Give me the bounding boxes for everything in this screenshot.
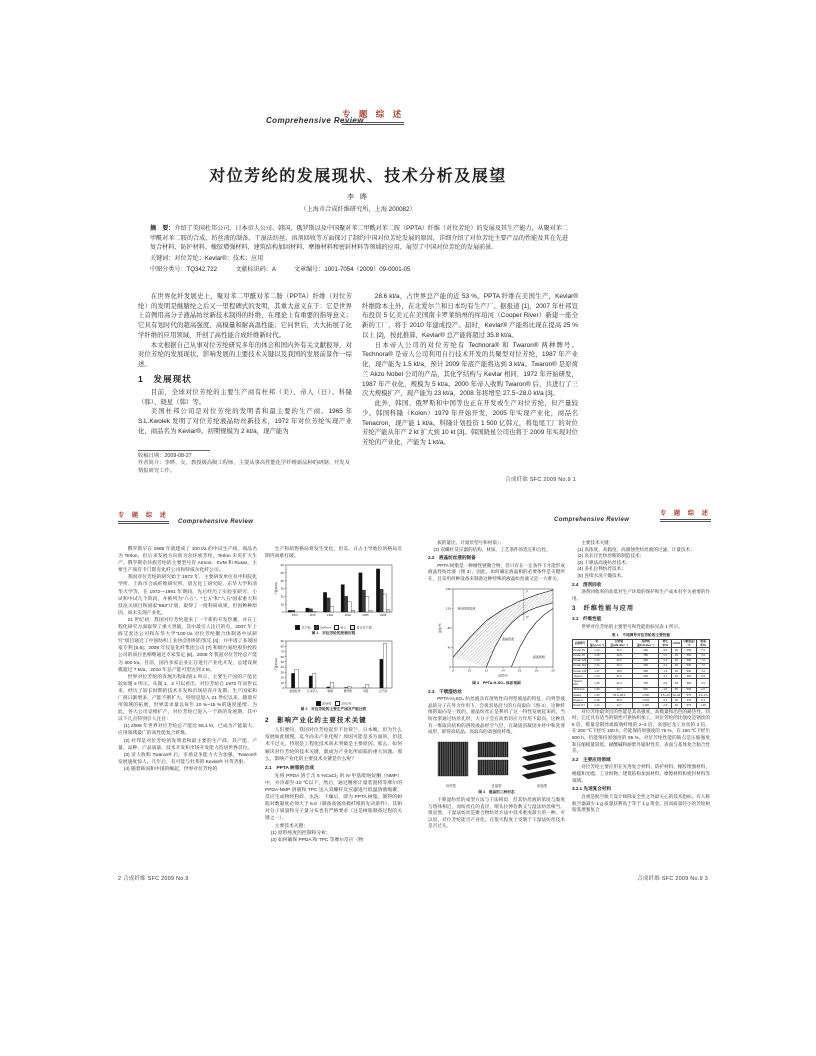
figure4-label-nematic: 向列型 (446, 784, 456, 789)
paragraph: 干喷湿纺丝的成型方法与干法相似，但其纺丝液的浓度与黏度与熔体相近，而纺丝孔的直径… (428, 797, 565, 830)
paragraph: 21 世纪初，我国对位芳纶迎来了一个新的开发热潮，并在工程化研究方面取得了重大突… (118, 617, 257, 674)
table1-row: Rusar HT1.4424.71 2662.6455751.35 (573, 703, 710, 708)
table1-cell: 1 266 (632, 703, 658, 708)
page3-left-column: 质的量比、计量泵型号和材质）；(3) 双螺杆反应器的结构、材质、工艺条件的选定和… (428, 540, 565, 830)
svg-text:50: 50 (280, 660, 284, 664)
table1-cell: 29 (672, 679, 681, 688)
svg-text:10: 10 (468, 668, 472, 672)
svg-text:1976: 1976 (309, 613, 316, 617)
paragraph: 日本帝人公司的对位芳纶有 Technora® 和 Twaron® 两种牌号。Te… (362, 341, 578, 399)
svg-text:0: 0 (449, 665, 451, 669)
table1-cell: 1.44 (588, 703, 606, 708)
legend-entry: 总产能 (295, 625, 310, 630)
article-title: 对位芳纶的发展现状、技术分析及展望 (138, 163, 578, 186)
paragraph: 质的量比、计量泵型号和材质）； (428, 540, 565, 547)
author-name: 李 晔 (138, 192, 578, 202)
paragraph: (4) 随着韩国和中国的崛起，世界对位芳纶的 (118, 766, 257, 773)
page3-right-rest-text: 对位芳纶最突出的性能是其高强度、高模量和出色的耐热性。同时，它还具有适当的韧性可… (572, 709, 710, 814)
keywords-line: 关键词：对位芳纶；Kevlar®；技术；应用 (150, 254, 568, 264)
svg-text:产能/(kt/a): 产能/(kt/a) (274, 659, 278, 672)
figure3-caption: 图 3 PPTA-H₂SO₄ 体系相图 (428, 681, 565, 686)
paragraph: 溶剂回收率的高低对生产环境的保护和生产成本有至关重要的作用。 (572, 589, 710, 602)
paragraph: 俄罗斯早在 1985 年就建成了 100 t/a 的中试生产线，商品名为 Ter… (118, 546, 257, 574)
legend-entry: 其它生产商 (350, 625, 372, 630)
figure3-phase-diagram-svg: 040801201608101214161820浓度/%温度/℃FF′各向同性溶… (438, 586, 556, 678)
paragraph: 在世界化纤发展史上，聚对苯二甲酰对苯二胺（PPTA）纤维（对位芳纶）的发明是继腈… (138, 292, 352, 341)
table1-caption: 表 1 不同牌号对位芳纶的主要性能 (572, 633, 710, 638)
paragraph: 先将 PPDA 溶于含 5 %CaCl₂ 的 N-甲基吡咯烷酮（NMP）中，并冷… (265, 773, 402, 823)
abstract-body: 介绍了美国杜邦公司、日本帝人公司、韩国、俄罗斯以及中国聚对苯二甲酰对苯二胺（PP… (150, 225, 568, 251)
figure2-bar-chart: 0102030405060708090美国杜邦日本帝人韩国俄罗斯中国总产能产能/… (274, 639, 394, 697)
journal-column-en: Comprehensive Review (554, 517, 629, 523)
svg-text:30: 30 (280, 587, 284, 591)
svg-text:20: 20 (280, 676, 284, 680)
paragraph: 美国杜邦公司是对位芳纶的发明者和最主要的生产商。1965 年 S.L.Kwole… (138, 407, 352, 436)
abstract-label: 摘 要： (150, 225, 174, 232)
table1-header-cell: 分解温度/℃ (681, 639, 697, 648)
svg-text:30: 30 (280, 671, 284, 675)
svg-text:F: F (526, 590, 528, 594)
svg-text:2002: 2002 (344, 613, 351, 617)
svg-text:0: 0 (282, 687, 284, 691)
figure1-bar-chart: 0102030405060197219761982200220052008产能/… (274, 563, 394, 621)
table1-header-cell: 拉伸强度/(cN·dtex⁻¹) (606, 639, 632, 648)
table1-cell: 21.0 (606, 679, 632, 688)
table1-cell: Twaron HM (573, 679, 588, 688)
journal-column-en: Comprehensive Review (178, 519, 253, 525)
svg-text:16: 16 (518, 668, 522, 672)
table1-cell: 750 (632, 679, 658, 688)
section-heading: 3 纤维性能与应用 (572, 605, 710, 614)
svg-text:F′: F′ (526, 615, 529, 619)
paragraph: PPTA-H₂SO₄ 纺丝液具有溶致性向列型液晶的特征，向列型液晶的分子在外力作… (428, 696, 565, 736)
figure4-labels: 向列型 近晶型 胆甾型 (428, 784, 565, 789)
svg-text:10: 10 (280, 681, 284, 685)
paragraph: 本文根据自己从事对位芳纶研究多年的体会和国内外有关文献报导，对对位芳纶的发展现状… (138, 341, 352, 370)
table1-cell: 45 (672, 703, 681, 708)
svg-text:总产能: 总产能 (378, 690, 387, 694)
paragraph: (3) 帝人收购 Twaron® 后，市场竞争能力大为加强，Twaron® 发展… (118, 752, 257, 766)
paragraph: PPTA 树脂是一种刚性链聚合物，但只有在一定条件下才能形成液晶性纺丝液（图 3… (428, 563, 565, 583)
footnote-block: 收稿日期：2009-08-27 作者简介：李晔，女，教授级高级工程师，主要从事高… (138, 450, 352, 476)
figure1-legend: 总产能DuPont帝人其它生产商 (265, 625, 402, 630)
paragraph: 主要技术关键： (572, 540, 710, 547)
journal-column-cn: 专 题 综 述 (660, 508, 711, 520)
abstract-block: 摘 要：介绍了美国杜邦公司、日本帝人公司、韩国、俄罗斯以及中国聚对苯二甲酰对苯二… (150, 224, 568, 275)
paragraph: 28.6 kt/a，占世界总产能的近 53 %。PPTA 纤维在美国生产，Kev… (362, 292, 578, 341)
page3-left-mid-text: 2.3 干喷湿纺丝PPTA-H₂SO₄ 纺丝液具有溶致性向列型液晶的特征，向列型… (428, 689, 565, 736)
legend-entry: 帝人 (334, 625, 346, 630)
abstract-text: 摘 要：介绍了美国杜邦公司、日本帝人公司、韩国、俄罗斯以及中国聚对苯二甲酰对苯二… (150, 224, 568, 253)
table1-header-cell: 密度/(g·cm⁻³) (588, 639, 606, 648)
svg-text:固液两相: 固液两相 (532, 654, 544, 659)
paragraph: (1) 2008 年世界对位芳纶总产能达 55.1 kt，已成为产能最大、应用领… (118, 723, 257, 737)
table1-cell: 3.5 (697, 679, 710, 688)
svg-text:20: 20 (551, 668, 555, 672)
author-affiliation: （上海市合成纤维研究所，上海 200082） (138, 204, 578, 213)
table1-cell: 2.5 (659, 679, 672, 688)
svg-text:40: 40 (280, 666, 284, 670)
section-heading: 1 发展现状 (138, 373, 352, 386)
paragraph: (5) 连续水洗干燥技术。 (572, 573, 710, 580)
section-heading: 2.3 干喷湿纺丝 (428, 689, 565, 696)
svg-text:80: 80 (280, 645, 284, 649)
figure4-liquid-crystal-forms: 向列型 近晶型 胆甾型 图 4 液晶的三种形态 (428, 739, 565, 795)
page3-footer: 合成纤维 SFC 2009 No.9 3 (637, 874, 708, 882)
clc-line: 中图分类号：TQ342.722 文献标识码：A 文章编号：1001-7054（2… (150, 265, 568, 275)
table1-header-cell: 拉伸模量/(cN·dtex⁻¹) (632, 639, 658, 648)
svg-text:日本帝人: 日本帝人 (306, 690, 317, 694)
journal-column-cn: 专 题 综 述 (342, 108, 404, 123)
svg-text:160: 160 (445, 587, 450, 591)
table1-header-cell: 伸长率/% (659, 639, 672, 648)
legend-entry: 2008年 (316, 701, 332, 706)
svg-text:60: 60 (280, 563, 284, 567)
paragraph: 对位芳纶主要应用在先进复合材料、防护材料、橡胶增强材料、绳缆和光缆、工业织物、建… (572, 764, 710, 784)
legend-entry: DuPont (314, 625, 331, 630)
table1-cell: 1.35 (697, 703, 710, 708)
page2-right-column: 生产和销售格局将发生变化，但美、日占主导地位的格局近期内尚难打破。 010203… (265, 546, 402, 844)
paragraph: (3) 双螺杆反应器的结构、材质、工艺条件的选定和自控。 (428, 547, 565, 554)
table1-cell: Rusar HT (573, 703, 588, 708)
table1-cell: 500 (681, 679, 697, 688)
svg-text:90: 90 (280, 640, 284, 644)
table1-header-cell: 吸湿率/% (697, 639, 710, 648)
svg-text:14: 14 (501, 668, 505, 672)
section-heading: 2 影响产业化的主要技术关键 (265, 716, 402, 726)
page2-right-top-text: 生产和销售格局将发生变化，但美、日占主导地位的格局近期内尚难打破。 (265, 546, 402, 560)
paragraph: 我国对位芳纶的研究始于 1972 年，主要研发单位有中科院化学所、上海市合成纤维… (118, 574, 257, 617)
paragraph: (2) 如何确保 PPDA 和 TPC 等摩尔反应（物 (265, 837, 402, 844)
svg-text:120: 120 (445, 606, 450, 610)
svg-text:40: 40 (280, 579, 284, 583)
figure4-illustration (434, 739, 560, 781)
figure3-phase-diagram: 040801201608101214161820浓度/%温度/℃FF′各向同性溶… (428, 586, 565, 687)
svg-text:温度/℃: 温度/℃ (438, 622, 442, 633)
table1-cell: 24.7 (606, 703, 632, 708)
svg-text:70: 70 (280, 650, 284, 654)
figure2-producer-comparison: 0102030405060708090美国杜邦日本帝人韩国俄罗斯中国总产能产能/… (265, 639, 402, 712)
paragraph: 自重是航空航天设计师除安全性之外最关心的技术指标，有人称航空器减少 1 g 质量… (572, 794, 710, 814)
svg-text:12: 12 (484, 668, 488, 672)
svg-text:50: 50 (280, 571, 284, 575)
page3-left-bottom-text: 干喷湿纺丝的成型方法与干法相似，但其纺丝液的浓度与黏度与熔体相近，而纺丝孔的直径… (428, 797, 565, 830)
paragraph: 世界对位芳纶的发展历程如图 1 所示，主要生产国的产能比较如图 2 所示。从图 … (118, 674, 257, 724)
journal-column-cn: 专 题 综 述 (118, 510, 169, 522)
figure1-capacity-history: 0102030405060197219761982200220052008产能/… (265, 563, 402, 636)
figure4-label-smectic: 近晶型 (492, 784, 502, 789)
page3-right-top-text: 主要技术关键：(1) 高浓度、高黏度、高腐蚀性纺丝液的过滤、计量技术；(2) 高… (572, 540, 710, 631)
figure4-label-cholesteric: 胆甾型 (537, 784, 547, 789)
svg-text:2008: 2008 (380, 613, 387, 617)
scanned-paper-canvas: Comprehensive Review 专 题 综 述 对位芳纶的发展现状、技… (0, 0, 816, 1056)
svg-text:0: 0 (282, 610, 284, 614)
paragraph: (1) 原料纯度的控制和分析； (265, 830, 402, 837)
table1-cell: 575 (681, 703, 697, 708)
page1-footer: 合成纤维 SFC 2009 No.9 1 (505, 475, 576, 483)
page-2: 专 题 综 述 Comprehensive Review 俄罗斯早在 1985 … (112, 506, 404, 892)
page-3: Comprehensive Review 专 题 综 述 质的量比、计量泵型号和… (420, 504, 712, 892)
svg-text:10: 10 (280, 602, 284, 606)
paragraph: 主要技术关键： (265, 823, 402, 830)
section-heading: 3.2 主要应用领域 (572, 757, 710, 764)
svg-text:2005: 2005 (362, 613, 369, 617)
paragraph: 人们要问，我国对位芳纶起步不比荷兰、日本晚，但为什么发展如此缓慢，迄今尚未产业化… (265, 727, 402, 762)
svg-text:美国杜邦: 美国杜邦 (289, 690, 300, 694)
table1-header-cell: LOI/% (672, 639, 681, 648)
svg-text:俄罗斯: 俄罗斯 (343, 690, 352, 694)
page2-right-rest-text: 2 影响产业化的主要技术关键人们要问，我国对位芳纶起步不比荷兰、日本晚，但为什么… (265, 716, 402, 844)
figure2-caption: 图 2 对位芳纶的主要生产国及产能比较 (265, 707, 402, 712)
svg-text:20: 20 (280, 595, 284, 599)
page2-footer: 2 合成纤维 SFC 2009 No.9 (118, 874, 189, 882)
svg-text:各向同性溶液: 各向同性溶液 (457, 605, 475, 610)
svg-text:80: 80 (447, 626, 451, 630)
paragraph: 生产和销售格局将发生变化，但美、日占主导地位的格局近期内尚难打破。 (265, 546, 402, 560)
page2-left-column: 俄罗斯早在 1985 年就建成了 100 t/a 的中试生产线，商品名为 Ter… (118, 546, 257, 773)
table1-header-cell: 品种牌号 (573, 639, 588, 648)
svg-text:浓度/%: 浓度/% (498, 672, 508, 677)
svg-text:液晶溶液: 液晶溶液 (501, 636, 513, 641)
svg-text:8: 8 (452, 668, 454, 672)
paragraph: (2) 杜邦是对位芳纶的发明者和最主要的生产商，其产能、产量、品种、产品质量、技… (118, 738, 257, 752)
svg-text:中国: 中国 (362, 690, 368, 694)
svg-text:1972: 1972 (291, 613, 298, 617)
section-heading: 2.4 溶剂回收 (572, 582, 710, 589)
svg-text:产能/(kt/a): 产能/(kt/a) (274, 582, 278, 595)
svg-text:1982: 1982 (327, 613, 334, 617)
section-heading: 3.2.1 先进复合材料 (572, 786, 710, 793)
svg-text:18: 18 (534, 668, 538, 672)
table1-cell: 2.6 (659, 703, 672, 708)
figure4-caption: 图 4 液晶的三种形态 (428, 790, 565, 795)
table1-fiber-properties: 品种牌号密度/(g·cm⁻³)拉伸强度/(cN·dtex⁻¹)拉伸模量/(cN·… (572, 639, 710, 709)
paragraph: 对位芳纶最突出的性能是其高强度、高模量和出色的耐热性。同时，它还具有适当的韧性可… (572, 709, 710, 755)
page1-left-column: 在世界化纤发展史上，聚对苯二甲酰对苯二胺（PPTA）纤维（对位芳纶）的发明是继腈… (138, 292, 352, 437)
section-heading: 3.1 纤维性能 (572, 616, 710, 623)
paragraph: (2) 高长径比纺丝帽的制造技术； (572, 553, 710, 560)
legend-entry: 2010年 (335, 701, 351, 706)
svg-text:韩国: 韩国 (327, 690, 333, 694)
page3-left-top-text: 质的量比、计量泵型号和材质）；(3) 双螺杆反应器的结构、材质、工艺条件的选定和… (428, 540, 565, 583)
table1-row: Twaron HM1.4521.07502.5295003.5 (573, 679, 710, 688)
page1-right-column: 28.6 kt/a，占世界总产能的近 53 %。PPTA 纤维在美国生产，Kev… (362, 292, 578, 448)
page-1: Comprehensive Review 专 题 综 述 对位芳纶的发展现状、技… (138, 106, 578, 484)
page3-right-column: 主要技术关键：(1) 高浓度、高黏度、高腐蚀性纺丝液的过滤、计量技术；(2) 高… (572, 540, 710, 814)
svg-text:40: 40 (447, 645, 451, 649)
figure1-caption: 图 1 对位芳纶的发展历程 (265, 631, 402, 636)
section-heading: 2.2 液晶纺丝液的制备 (428, 555, 565, 562)
figure2-legend: 2008年2010年 (265, 701, 402, 706)
paragraph: 世界对位芳纶的主要型号和性能指标见表 1 所示。 (572, 624, 710, 631)
section-heading: 2.1 PPTA 树脂的合成 (265, 765, 402, 772)
paragraph: 目前，全球对位芳纶的主要生产商有杜邦（美）、帝人（日）、科隆（韩）、晓星（韩）等… (138, 388, 352, 407)
author-bio: 作者简介：李晔，女，教授级高级工程师，主要从事高性能化学纤维新品种的研制、开发及… (138, 460, 352, 476)
table1-cell: 1.45 (588, 679, 606, 688)
svg-text:60: 60 (280, 655, 284, 659)
paragraph: 此外，韩国、俄罗斯和中国等也正在开发或生产对位芳纶，但产量较少。韩国科隆（Kol… (362, 399, 578, 448)
